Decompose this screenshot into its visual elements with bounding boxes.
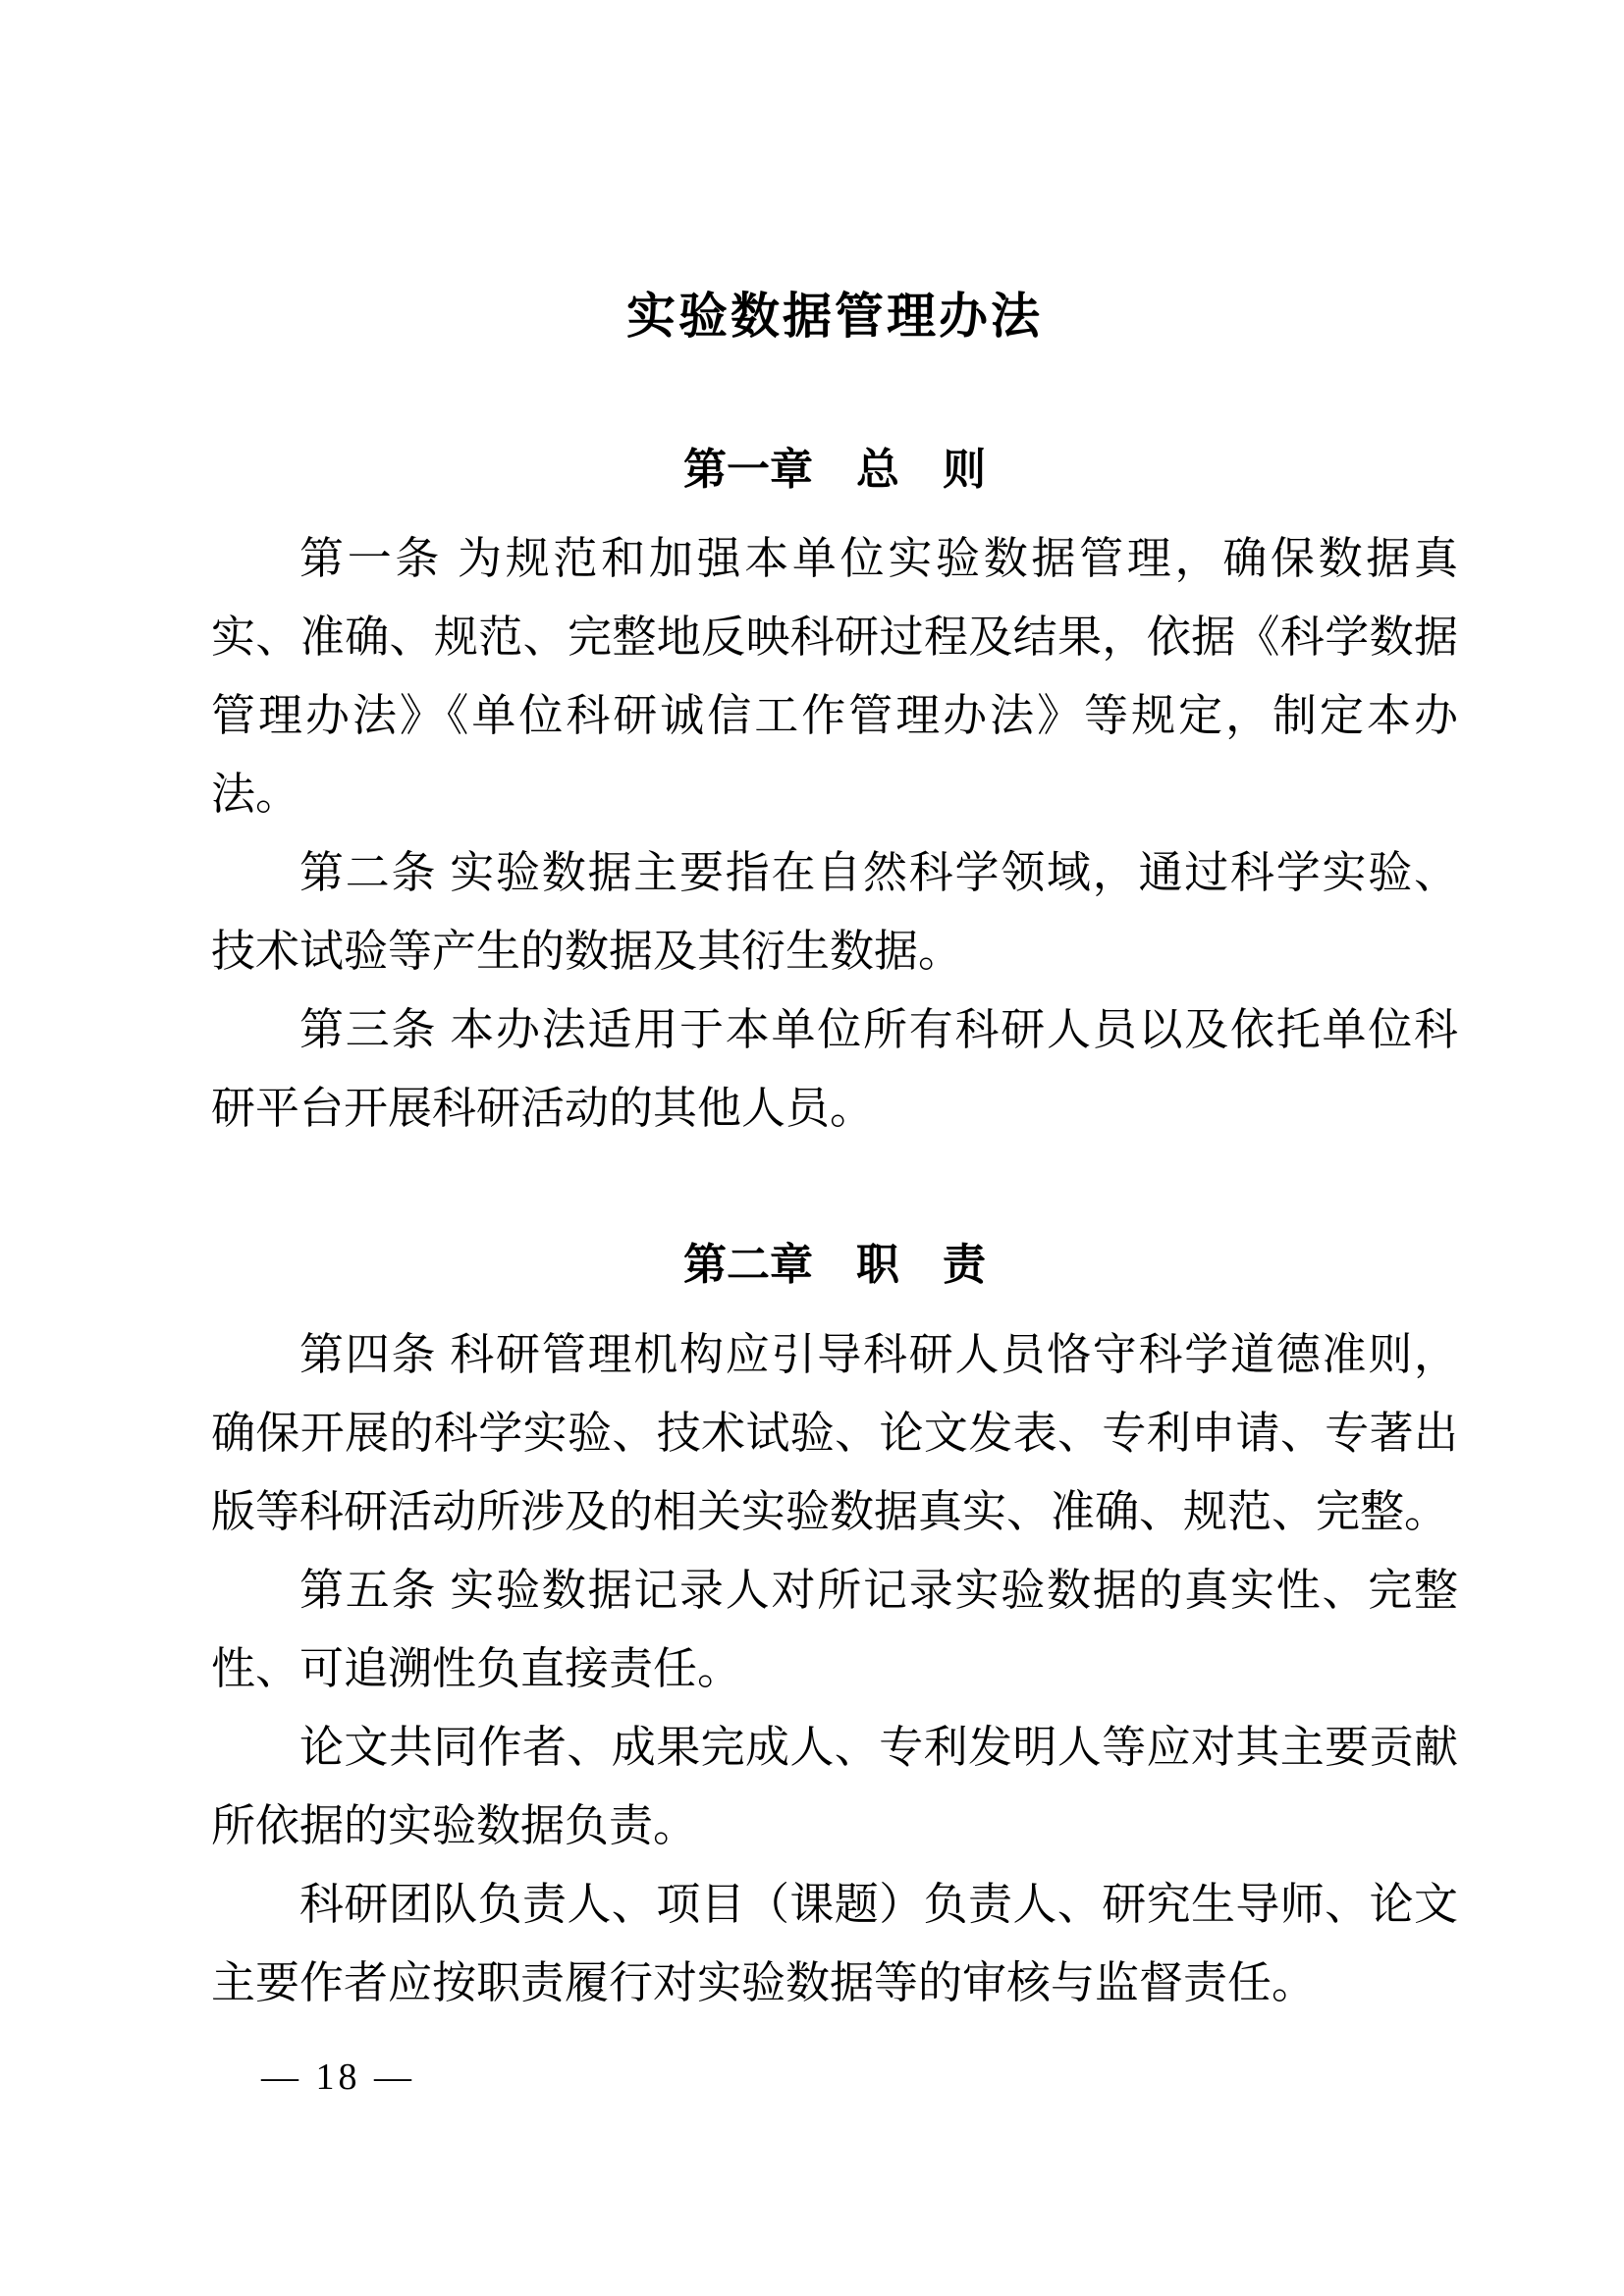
- article-1-paragraph: 第一条 为规范和加强本单位实验数据管理，确保数据真实、准确、规范、完整地反映科研…: [211, 519, 1458, 833]
- document-content: 实验数据管理办法 第一章 总 则 第一条 为规范和加强本单位实验数据管理，确保数…: [211, 0, 1458, 2022]
- article-5-supervisors-paragraph: 科研团队负责人、项目（课题）负责人、研究生导师、论文主要作者应按职责履行对实验数…: [211, 1865, 1458, 2022]
- article-4-paragraph: 第四条 科研管理机构应引导科研人员恪守科学道德准则，确保开展的科学实验、技术试验…: [211, 1315, 1458, 1551]
- article-3-paragraph: 第三条 本办法适用于本单位所有科研人员以及依托单位科研平台开展科研活动的其他人员…: [211, 990, 1458, 1148]
- chapter-1-heading: 第一章 总 则: [211, 447, 1458, 494]
- chapter-1: 第一章 总 则 第一条 为规范和加强本单位实验数据管理，确保数据真实、准确、规范…: [211, 447, 1458, 1148]
- document-page: 实验数据管理办法 第一章 总 则 第一条 为规范和加强本单位实验数据管理，确保数…: [0, 0, 1624, 2296]
- document-title: 实验数据管理办法: [211, 292, 1458, 341]
- article-2-paragraph: 第二条 实验数据主要指在自然科学领域，通过科学实验、技术试验等产生的数据及其衍生…: [211, 833, 1458, 990]
- article-5-coauthors-paragraph: 论文共同作者、成果完成人、专利发明人等应对其主要贡献所依据的实验数据负责。: [211, 1708, 1458, 1865]
- chapter-2: 第二章 职 责 第四条 科研管理机构应引导科研人员恪守科学道德准则，确保开展的科…: [211, 1242, 1458, 2022]
- page-number: — 18 —: [261, 2058, 415, 2096]
- chapter-2-heading: 第二章 职 责: [211, 1242, 1458, 1289]
- article-5-paragraph: 第五条 实验数据记录人对所记录实验数据的真实性、完整性、可追溯性负直接责任。: [211, 1551, 1458, 1708]
